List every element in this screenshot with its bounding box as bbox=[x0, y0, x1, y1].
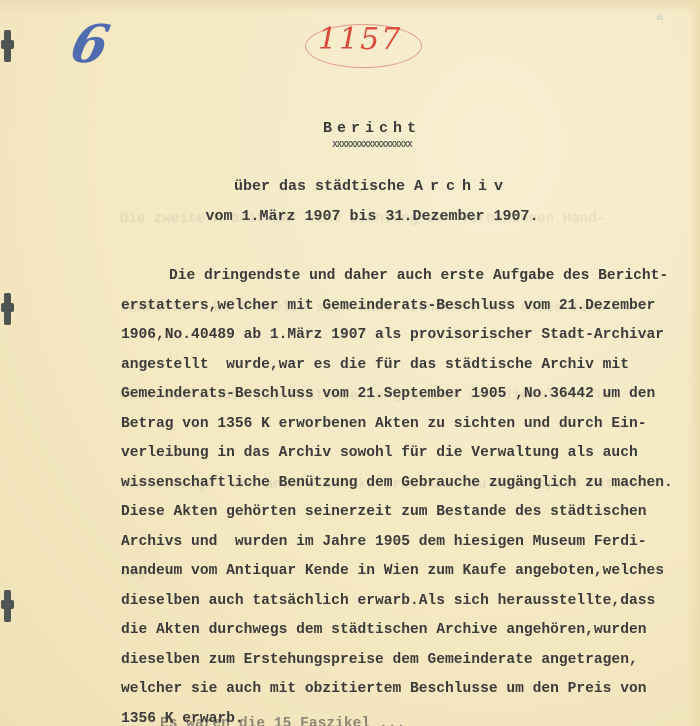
body-line: wissenschaftliche Benützung dem Gebrauch… bbox=[121, 469, 691, 499]
reference-number: 1157 bbox=[318, 22, 402, 57]
body-line: nandeum vom Antiquar Kende in Wien zum K… bbox=[121, 557, 691, 587]
body-line: Gemeinderats-Beschluss vom 21.September … bbox=[121, 380, 691, 410]
folio-number: 6 bbox=[66, 14, 115, 75]
body-line: Betrag von 1356 K erworbenen Akten zu si… bbox=[121, 410, 691, 440]
body-line: dieselben auch tatsächlich erwarb.Als si… bbox=[121, 587, 691, 617]
body-line: Archivs und wurden im Jahre 1905 dem hie… bbox=[121, 528, 691, 558]
title-underline: XXXXXXXXXXXXXXXXXX bbox=[0, 140, 700, 150]
body-line: die Akten durchwegs dem städtischen Arch… bbox=[121, 616, 691, 646]
report-subtitle: über das städtische Archiv bbox=[0, 178, 700, 195]
corner-mark: a bbox=[656, 10, 663, 24]
report-title: Bericht bbox=[0, 120, 700, 137]
body-line: verleibung in das Archiv sowohl für die … bbox=[121, 439, 691, 469]
binding-hole-middle bbox=[4, 293, 11, 325]
body-line: Diese Akten gehörten seinerzeit zum Best… bbox=[121, 498, 691, 528]
page-top-shadow bbox=[0, 0, 700, 14]
body-line: 1906,No.40489 ab 1.März 1907 als proviso… bbox=[121, 321, 691, 351]
body-line: angestellt wurde,war es die für das städ… bbox=[121, 351, 691, 381]
body-line: erstatters,welcher mit Gemeinderats-Besc… bbox=[121, 292, 691, 322]
report-date-range: vom 1.März 1907 bis 31.Dezember 1907. bbox=[0, 208, 700, 225]
body-line: dieselben zum Erstehungspreise dem Gemei… bbox=[121, 646, 691, 676]
body-line: welcher sie auch mit obzitiertem Beschlu… bbox=[121, 675, 691, 705]
subtitle-archiv: Archiv bbox=[414, 178, 510, 195]
binding-hole-top bbox=[4, 30, 11, 62]
cut-off-line: Es waren die 15 Faszikel ... bbox=[160, 716, 405, 726]
binding-hole-bottom bbox=[4, 590, 11, 622]
report-body: Die dringendste und daher auch erste Auf… bbox=[121, 262, 691, 726]
body-line: Die dringendste und daher auch erste Auf… bbox=[121, 262, 691, 292]
subtitle-prefix: über das städtische bbox=[234, 178, 414, 195]
